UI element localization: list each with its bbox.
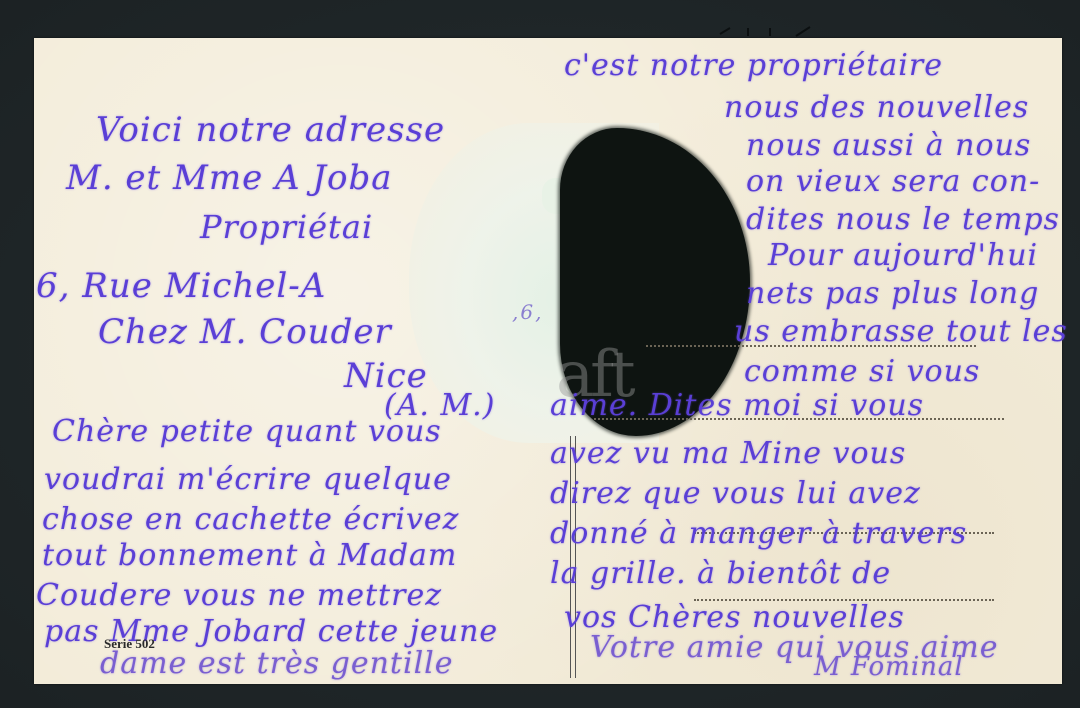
- message-line: chose en cachette écrivez: [42, 502, 459, 537]
- message-line: donné à manger à travers: [550, 516, 967, 551]
- message-line: avez vu ma Mine vous: [550, 436, 906, 471]
- message-line: comme si vous: [744, 354, 980, 389]
- message-line: nous aussi à nous: [746, 128, 1031, 163]
- printed-series-label: Serie 502: [104, 636, 155, 652]
- message-line: aime. Dites moi si vous: [550, 388, 924, 423]
- signature: M Fominal: [814, 652, 964, 682]
- postmark-fragment: ,6,: [512, 300, 543, 324]
- message-line: c'est notre propriétaire: [564, 48, 943, 83]
- message-line: nous des nouvelles: [724, 90, 1029, 125]
- message-line: Chère petite quant vous: [52, 414, 442, 449]
- address-line: Propriétai: [200, 208, 373, 246]
- message-line: dites nous le temps: [746, 202, 1060, 237]
- message-line: direz que vous lui avez: [550, 476, 921, 511]
- address-line: Voici notre adresse: [96, 110, 445, 150]
- message-line: la grille. à bientôt de: [550, 556, 891, 591]
- message-line: on vieux sera con-: [746, 164, 1040, 199]
- address-line: M. et Mme A Joba: [66, 158, 393, 198]
- address-line: Chez M. Couder: [98, 312, 392, 352]
- message-line: voudrai m'écrire quelque: [44, 462, 452, 497]
- message-line: nets pas plus long: [746, 276, 1039, 311]
- pencil-marks: [700, 24, 840, 38]
- message-line: us embrasse tout les: [734, 314, 1068, 349]
- message-line: Coudere vous ne mettrez: [36, 578, 442, 613]
- message-line: Pour aujourd'hui: [768, 238, 1038, 273]
- address-line: 6, Rue Michel-A: [36, 266, 326, 306]
- postcard: ,6, aft Voici notre adresse M. et Mme A …: [34, 38, 1062, 684]
- message-line: tout bonnement à Madam: [42, 538, 457, 573]
